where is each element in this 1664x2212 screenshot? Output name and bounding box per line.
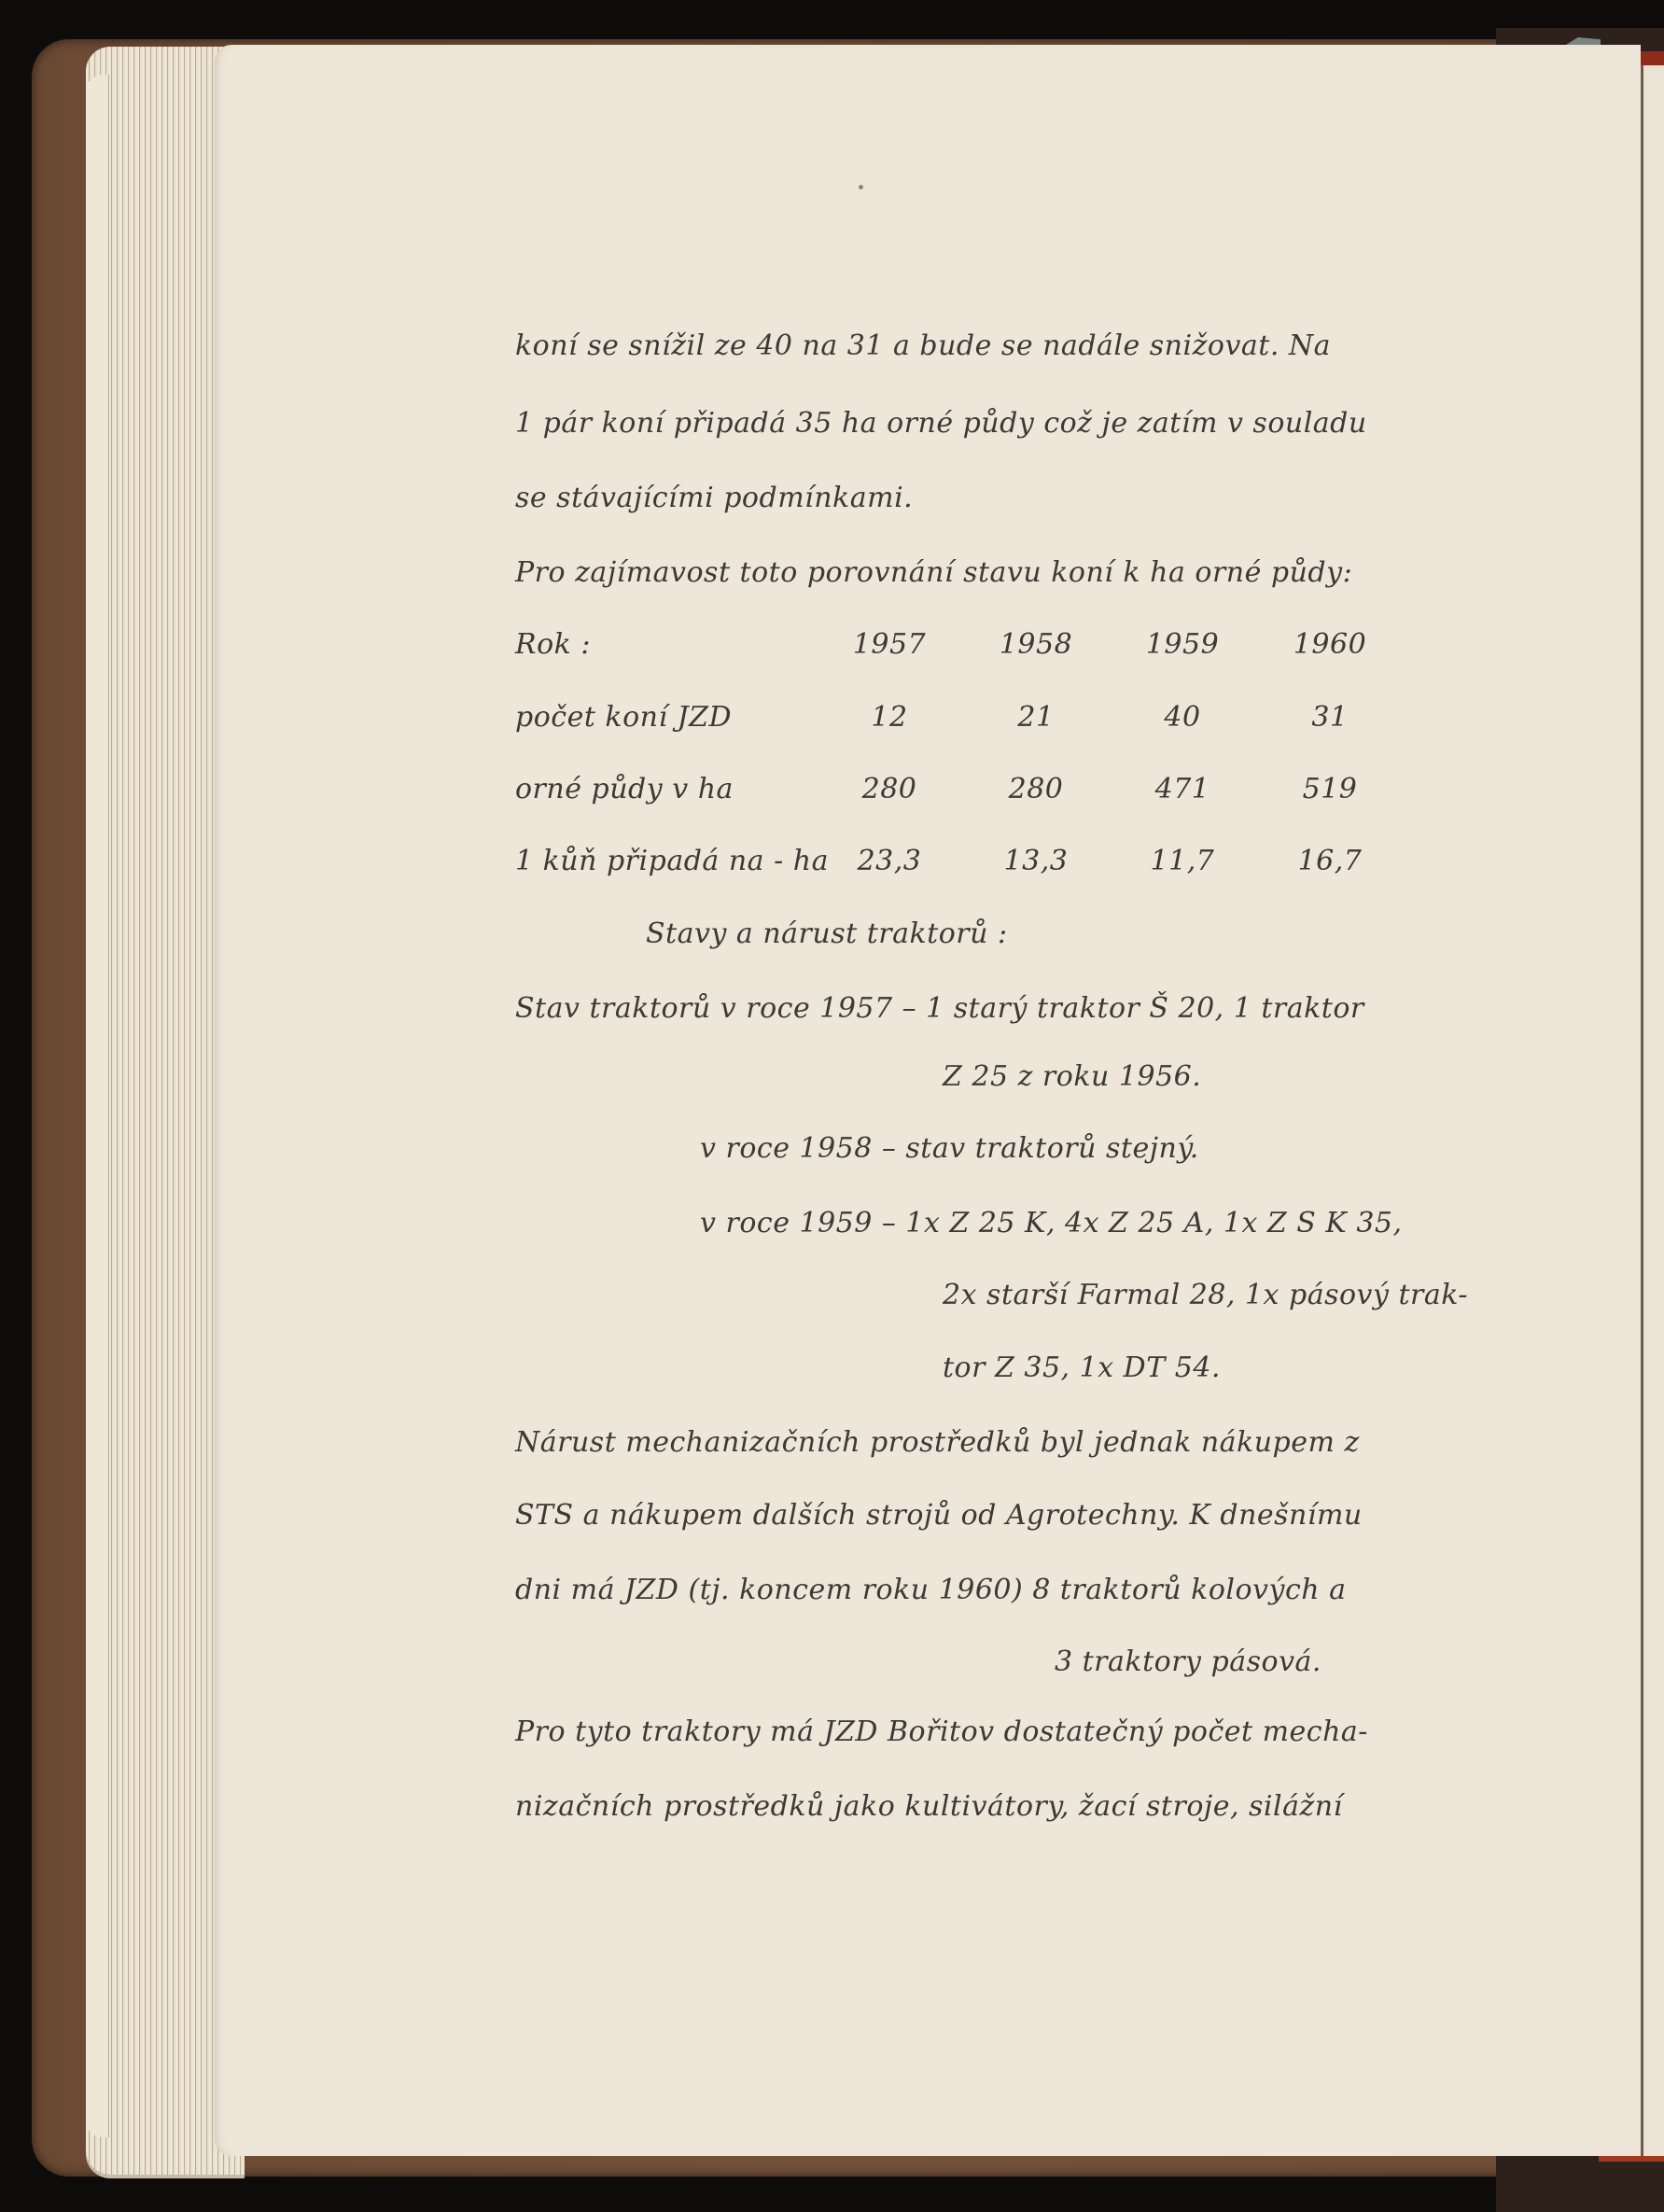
tractor-line: Z 25 z roku 1956.	[943, 1060, 1201, 1093]
table-year: 1960	[1279, 628, 1381, 661]
table-intro: Pro zajímavost toto porovnání stavu koní…	[515, 556, 1352, 589]
facing-page-edge	[1641, 65, 1664, 2156]
paragraph-line: dni má JZD (tj. koncem roku 1960) 8 trak…	[515, 1574, 1346, 1606]
section-heading: Stavy a nárust traktorů :	[646, 917, 1008, 950]
table-cell: 471	[1131, 773, 1234, 805]
table-cell: 31	[1279, 701, 1381, 734]
paragraph-line: Nárust mechanizačních prostředků byl jed…	[515, 1426, 1360, 1459]
paragraph-line: 1 pár koní připadá 35 ha orné půdy což j…	[515, 407, 1367, 440]
table-cell: 40	[1131, 701, 1234, 734]
table-row-label: orné půdy v ha	[515, 773, 734, 805]
table-cell: 12	[838, 701, 941, 734]
table-row-label: počet koní JZD	[515, 701, 732, 734]
table-cell: 16,7	[1279, 845, 1381, 877]
paragraph-line: Pro tyto traktory má JZD Bořitov dostate…	[515, 1715, 1368, 1748]
table-cell: 280	[985, 773, 1087, 805]
tractor-line: Stav traktorů v roce 1957 – 1 starý trak…	[515, 992, 1364, 1025]
paragraph-line: STS a nákupem dalších strojů od Agrotech…	[515, 1499, 1363, 1532]
paragraph-line: 3 traktory pásová.	[1055, 1645, 1321, 1678]
paragraph-line: se stávajícími podmínkami.	[515, 482, 913, 514]
table-cell: 519	[1279, 773, 1381, 805]
table-cell: 13,3	[985, 845, 1087, 877]
tractor-line: tor Z 35, 1x DT 54.	[943, 1351, 1221, 1384]
table-cell: 280	[838, 773, 941, 805]
tractor-line: 2x starší Farmal 28, 1x pásový trak-	[943, 1279, 1468, 1311]
table-year: 1957	[838, 628, 941, 661]
table-year: 1958	[985, 628, 1087, 661]
table-cell: 21	[985, 701, 1087, 734]
paragraph-line: nizačních prostředků jako kultivátory, ž…	[515, 1790, 1343, 1823]
handwriting: koní se snížil ze 40 na 31 a bude se nad…	[215, 45, 1641, 2156]
paragraph-line: koní se snížil ze 40 na 31 a bude se nad…	[515, 329, 1331, 362]
table-row-label: 1 kůň připadá na - ha	[515, 845, 829, 877]
table-year: 1959	[1131, 628, 1234, 661]
tractor-line: v roce 1958 – stav traktorů stejný.	[700, 1132, 1199, 1165]
table-cell: 23,3	[838, 845, 941, 877]
table-header-label: Rok :	[515, 628, 591, 661]
table-cell: 11,7	[1131, 845, 1234, 877]
handwritten-page: koní se snížil ze 40 na 31 a bude se nad…	[215, 45, 1641, 2156]
tractor-line: v roce 1959 – 1x Z 25 K, 4x Z 25 A, 1x Z…	[700, 1207, 1403, 1239]
